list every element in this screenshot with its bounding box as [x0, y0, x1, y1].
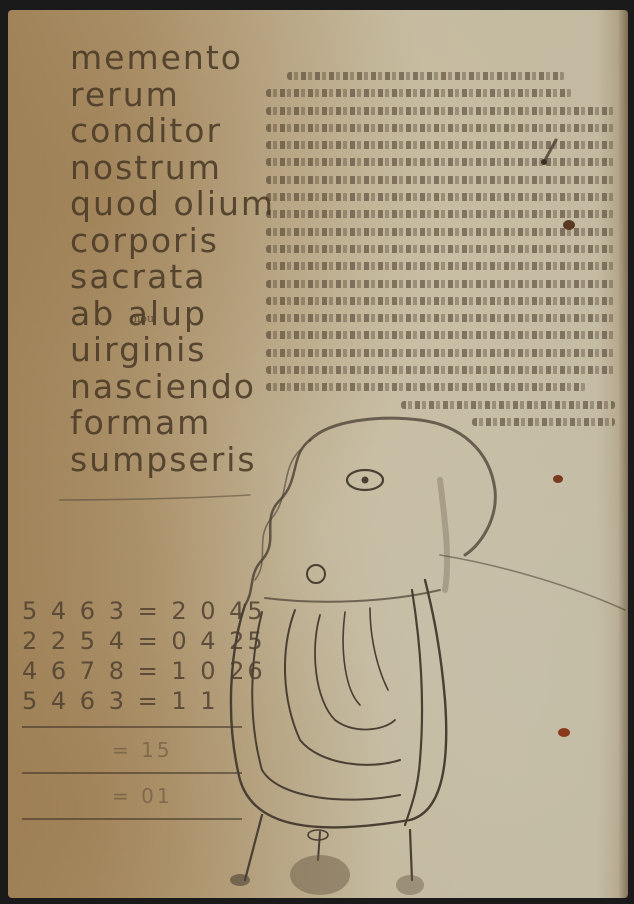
sketched-figure	[0, 0, 634, 904]
